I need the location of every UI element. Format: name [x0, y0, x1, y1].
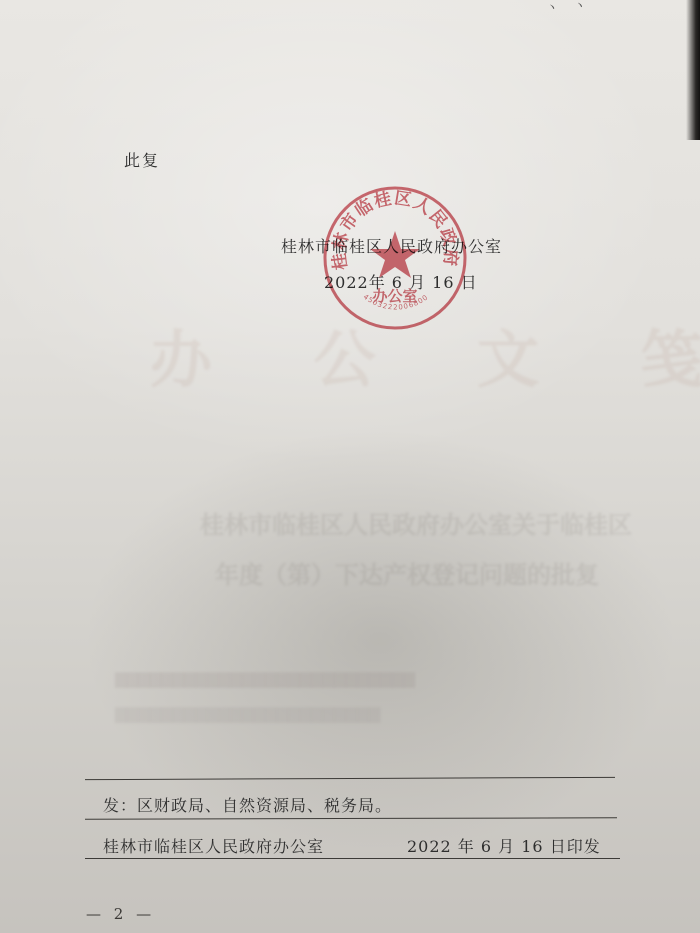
official-seal-icon: 桂林市临桂区人民政府 办公室 4503222006800 — [320, 183, 470, 333]
divider-line — [85, 817, 617, 820]
divider-line — [85, 777, 615, 780]
issue-date: 2022 年 6 月 16 日印发 — [407, 834, 601, 857]
bleed-through-paragraph: ▇▇▇▇▇▇▇▇▇▇▇▇▇▇▇▇▇▇▇▇▇▇▇ — [115, 705, 380, 723]
issuing-office: 桂林市临桂区人民政府办公室 — [103, 834, 324, 857]
page-edge-shadow — [686, 0, 700, 140]
bleed-through-paragraph: ▇▇▇▇▇▇▇▇▇▇▇▇▇▇▇▇▇▇▇▇▇▇▇▇▇▇ — [115, 670, 415, 688]
document-page: ヽ ヽ ⌒ 办 公 文 笺 桂林市临桂区人民政府办公室关于临桂区 年度（第）下达… — [0, 0, 700, 933]
bleed-through-heading-1: 桂林市临桂区人民政府办公室关于临桂区 — [200, 505, 632, 540]
distribution-list: 发：区财政局、自然资源局、税务局。 — [103, 793, 392, 816]
handwritten-mark: ヽ ヽ ⌒ — [545, 0, 620, 16]
closing-text: 此复 — [124, 148, 160, 171]
bleed-through-heading-2: 年度（第）下达产权登记问题的批复 — [215, 555, 599, 590]
page-number: — 2 — — [86, 905, 155, 923]
divider-line — [85, 858, 620, 859]
